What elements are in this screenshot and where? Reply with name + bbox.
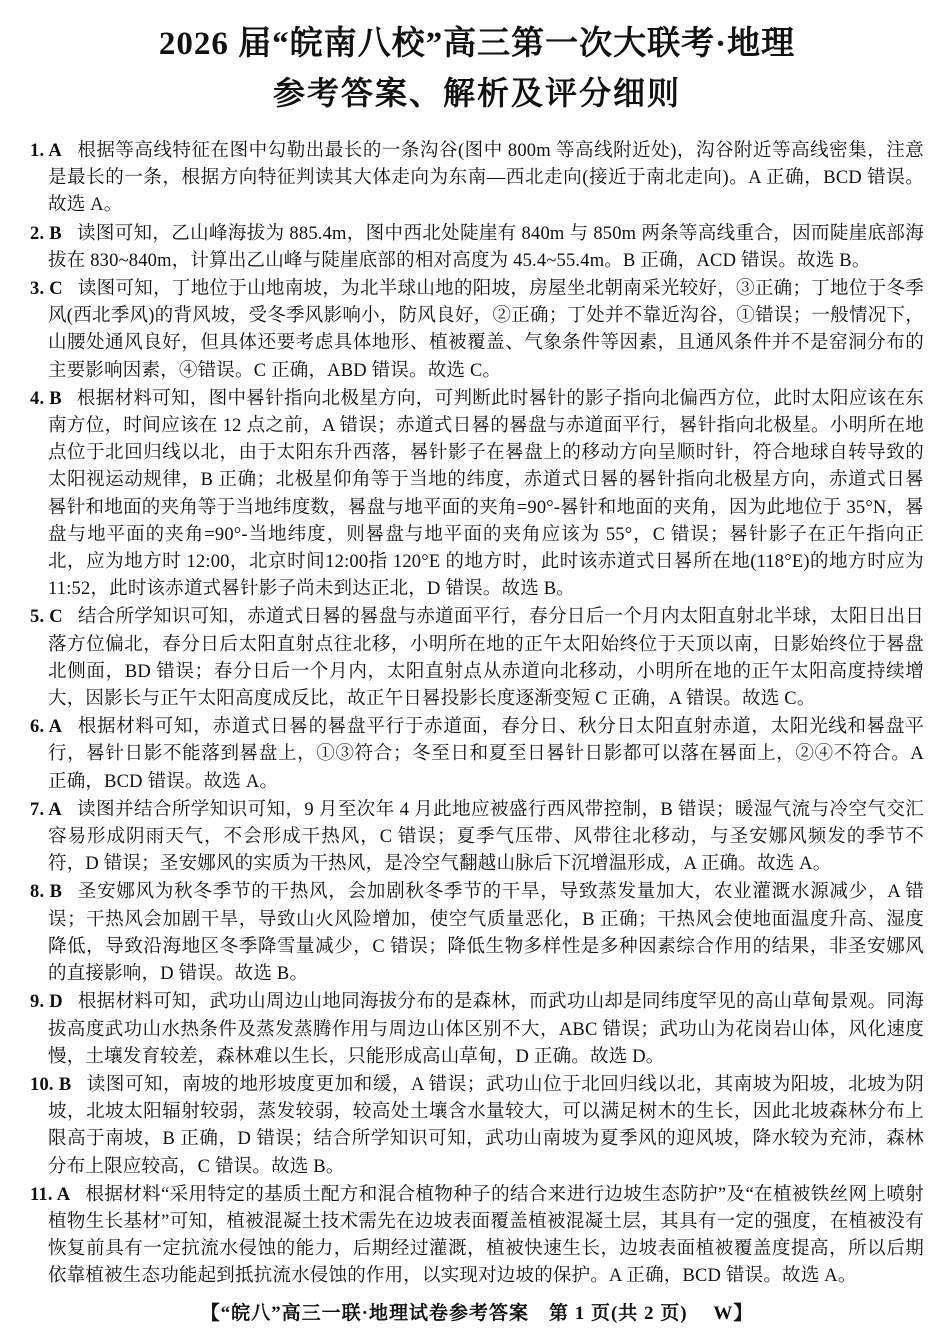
answer-number: 3. C <box>30 279 63 299</box>
answer-explanation: 根据等高线特征在图中勾勒出最长的一条沟谷(图中 800m 等高线附近处)，沟谷附… <box>48 141 924 215</box>
answer-explanation: 根据材料“采用特定的基质土配方和混合植物种子的结合来进行边坡生态防护”及“在植被… <box>48 1185 924 1287</box>
answer-explanation: 根据材料可知，赤道式日晷的晷盘平行于赤道面，春分日、秋分日太阳直射赤道，太阳光线… <box>48 717 924 791</box>
answer-item-3: 3. C读图可知，丁地位于山地南坡，为北半球山地的阳坡，房屋坐北朝南采光较好，③… <box>30 276 924 385</box>
answer-explanation: 根据材料可知，武功山周边山地同海拔分布的是森林，而武功山却是同纬度罕见的高山草甸… <box>48 992 924 1066</box>
answer-item-7: 7. A读图并结合所学知识可知，9 月至次年 4 月此地应被盛行西风带控制，B … <box>30 797 924 879</box>
answer-item-1: 1. A根据等高线特征在图中勾勒出最长的一条沟谷(图中 800m 等高线附近处)… <box>30 138 924 220</box>
answer-number: 4. B <box>30 389 62 409</box>
answer-explanation: 读图可知，丁地位于山地南坡，为北半球山地的阳坡，房屋坐北朝南采光较好，③正确；丁… <box>48 279 924 381</box>
answer-number: 8. B <box>30 882 62 902</box>
answer-item-9: 9. D根据材料可知，武功山周边山地同海拔分布的是森林，而武功山却是同纬度罕见的… <box>30 989 924 1071</box>
answer-explanation: 结合所学知识可知，赤道式日晷的晷盘与赤道面平行，春分日后一个月内太阳直射北半球，… <box>48 607 924 709</box>
answer-number: 6. A <box>30 717 62 737</box>
answer-item-10: 10. B读图可知，南坡的地形坡度更加和缓，A 错误；武功山位于北回归线以北，其… <box>30 1072 924 1181</box>
page-title: 2026 届“皖南八校”高三第一次大联考·地理 <box>30 20 924 68</box>
answer-explanation: 读图可知，南坡的地形坡度更加和缓，A 错误；武功山位于北回归线以北，其南坡为阳坡… <box>48 1075 924 1177</box>
answer-number: 7. A <box>30 800 62 820</box>
answer-number: 5. C <box>30 607 63 627</box>
answer-explanation: 读图并结合所学知识可知，9 月至次年 4 月此地应被盛行西风带控制，B 错误；暖… <box>48 800 924 874</box>
answer-item-6: 6. A根据材料可知，赤道式日晷的晷盘平行于赤道面，春分日、秋分日太阳直射赤道，… <box>30 714 924 796</box>
answer-explanation: 圣安娜风为秋冬季节的干热风，会加剧秋冬季节的干旱，导致蒸发量加大，农业灌溉水源减… <box>48 882 924 984</box>
answer-item-8: 8. B圣安娜风为秋冬季节的干热风，会加剧秋冬季节的干旱，导致蒸发量加大，农业灌… <box>30 879 924 988</box>
answer-number: 2. B <box>30 224 62 244</box>
answer-explanation: 根据材料可知，图中晷针指向北极星方向，可判断此时晷针的影子指向北偏西方位，此时太… <box>48 389 924 599</box>
answer-explanation: 读图可知，乙山峰海拔为 885.4m，图中西北处陡崖有 840m 与 850m … <box>48 224 924 271</box>
answer-number: 9. D <box>30 992 63 1012</box>
answer-number: 1. A <box>30 141 62 161</box>
answer-item-2: 2. B读图可知，乙山峰海拔为 885.4m，图中西北处陡崖有 840m 与 8… <box>30 221 924 275</box>
page-footer: 【“皖八”高三一联·地理试卷参考答案 第 1 页(共 2 页) W】 <box>30 1298 924 1329</box>
answer-sheet-page: 2026 届“皖南八校”高三第一次大联考·地理 参考答案、解析及评分细则 1. … <box>0 0 950 1343</box>
answer-number: 11. A <box>30 1185 70 1205</box>
answer-item-4: 4. B根据材料可知，图中晷针指向北极星方向，可判断此时晷针的影子指向北偏西方位… <box>30 386 924 604</box>
answer-number: 10. B <box>30 1075 71 1095</box>
answer-item-5: 5. C结合所学知识可知，赤道式日晷的晷盘与赤道面平行，春分日后一个月内太阳直射… <box>30 604 924 713</box>
answer-list: 1. A根据等高线特征在图中勾勒出最长的一条沟谷(图中 800m 等高线附近处)… <box>30 138 924 1292</box>
answer-item-11: 11. A根据材料“采用特定的基质土配方和混合植物种子的结合来进行边坡生态防护”… <box>30 1182 924 1291</box>
page-subtitle: 参考答案、解析及评分细则 <box>30 70 924 116</box>
